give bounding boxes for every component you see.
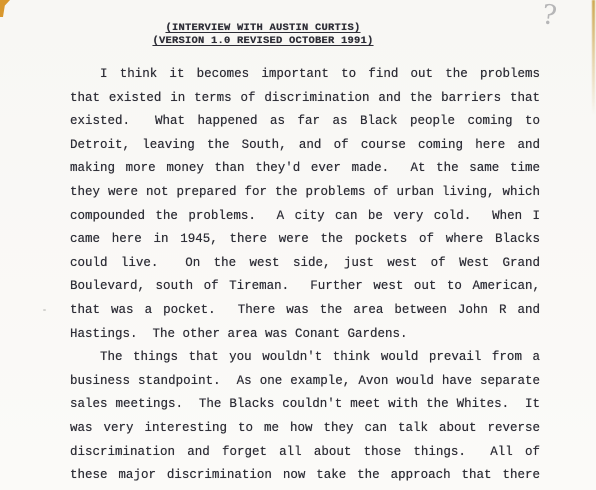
document-line: sales meetings. The Blacks couldn't meet… bbox=[70, 393, 540, 417]
document-line: I think it becomes important to find out… bbox=[70, 63, 540, 87]
document-page: ? (INTERVIEW WITH AUSTIN CURTIS) (VERSIO… bbox=[0, 0, 596, 490]
document-line: these major discrimination now take the … bbox=[70, 464, 540, 488]
title-line-1: (INTERVIEW WITH AUSTIN CURTIS) bbox=[70, 22, 456, 35]
document-line: that was a pocket. There was the area be… bbox=[70, 299, 540, 323]
document-line: Detroit, leaving the South, and of cours… bbox=[70, 134, 540, 158]
document-line: making more money than they'd ever made.… bbox=[70, 157, 540, 181]
document-line: The things that you wouldn't think would… bbox=[70, 346, 540, 370]
corner-fold-mark bbox=[0, 0, 10, 17]
document-line: Boulevard, south of Tireman. Further wes… bbox=[70, 275, 540, 299]
document-line: business standpoint. As one example, Avo… bbox=[70, 370, 540, 394]
document-line: discrimination and forget all about thos… bbox=[70, 441, 540, 465]
document-line: Hastings. The other area was Conant Gard… bbox=[70, 323, 540, 347]
question-mark-annotation: ? bbox=[540, 0, 558, 33]
page-edge-shadow bbox=[592, 0, 595, 115]
document-line: compounded the problems. A city can be v… bbox=[70, 205, 540, 229]
title-line-2: (VERSION 1.0 REVISED OCTOBER 1991) bbox=[70, 35, 456, 48]
document-body: I think it becomes important to find out… bbox=[70, 63, 540, 488]
document-line: that existed in terms of discrimination … bbox=[70, 87, 540, 111]
document-title: (INTERVIEW WITH AUSTIN CURTIS) (VERSION … bbox=[70, 0, 456, 48]
document-line: they were not prepared for the problems … bbox=[70, 181, 540, 205]
document-line: could live. On the west side, just west … bbox=[70, 252, 540, 276]
scan-speck bbox=[43, 309, 46, 311]
document-line: was very interesting to me how they can … bbox=[70, 417, 540, 441]
document-line: came here in 1945, there were the pocket… bbox=[70, 228, 540, 252]
document-line: existed. What happened as far as Black p… bbox=[70, 110, 540, 134]
